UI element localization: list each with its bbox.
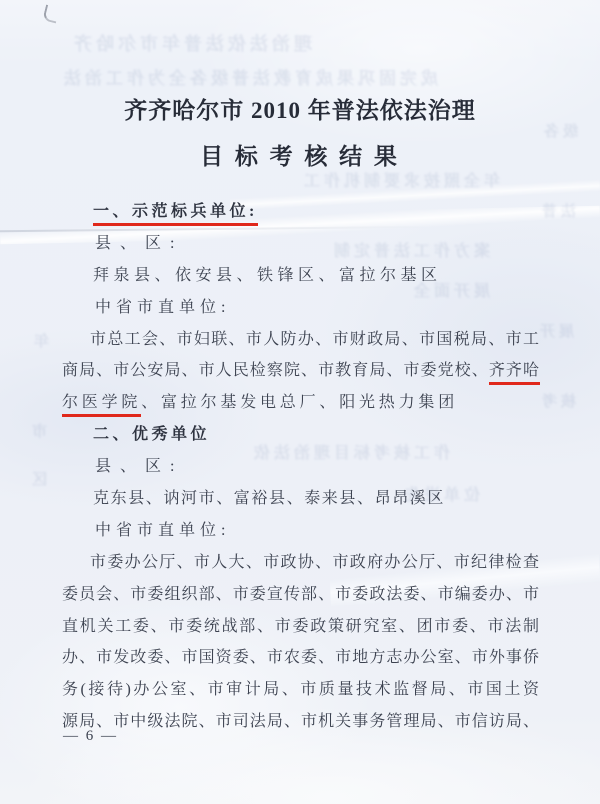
bleedthrough-text: 法普 [538,200,576,221]
body-text: 克东县、讷河市、富裕县、泰来县、昂昂溪区 [93,490,445,507]
scanned-document-page: 理治法依法普年市尔哈齐成完固巩果成育教法普级各全为作工治法年全照按求要制机作工案… [0,0,600,804]
body-line: 克东县、讷河市、富裕县、泰来县、昂昂溪区 [62,483,540,515]
body-line: 中省市直单位: [62,292,540,324]
body-text: 直机关工委、市委统战部、市委政策研究室、团市委、市法制 [62,618,540,635]
body-text: 市总工会、市妇联、市人防办、市财政局、市国税局、市工 [90,331,540,348]
bleedthrough-text: 展开 [536,320,574,341]
body-line: 办、市发改委、市国资委、市农委、市地方志办公室、市外事侨 [62,642,540,674]
body-text: 办、市发改委、市国资委、市农委、市地方志办公室、市外事侨 [62,649,540,666]
body-line: 市总工会、市妇联、市人防办、市财政局、市国税局、市工 [62,324,540,356]
red-underlined-text: 一、示范标兵单位: [93,203,258,226]
body-text: 县、区: [95,458,183,475]
body-line: 县、区: [62,451,540,483]
body-line: 源局、市中级法院、市司法局、市机关事务管理局、市信访局、 [62,706,540,738]
document-body: 一、示范标兵单位:县、区:拜泉县、依安县、铁锋区、富拉尔基区中省市直单位:市总工… [62,196,540,738]
body-line: 一、示范标兵单位: [62,196,540,228]
body-line: 中省市直单位: [62,515,540,547]
body-text: 县、区: [95,235,183,252]
red-underlined-text: 齐齐哈 [489,362,540,385]
body-text: 务(接待)办公室、市审计局、市质量技术监督局、市国土资 [62,681,540,698]
body-text: 拜泉县、依安县、铁锋区、富拉尔基区 [93,267,442,284]
body-text: 中省市直单位: [95,299,230,316]
body-text: 商局、市公安局、市人民检察院、市教育局、市委党校、 [62,362,489,379]
body-line: 务(接待)办公室、市审计局、市质量技术监督局、市国土资 [62,674,540,706]
scan-corner-pen-mark [42,5,59,24]
body-line: 拜泉县、依安县、铁锋区、富拉尔基区 [62,260,540,292]
body-text: 、富拉尔基发电总厂、阳光热力集团 [141,394,458,411]
body-text: 市委办公厅、市人大、市政协、市政府办公厅、市纪律检查 [90,554,540,571]
body-text: 源局、市中级法院、市司法局、市机关事务管理局、市信访局、 [62,713,540,730]
body-line: 直机关工委、市委统战部、市委政策研究室、团市委、市法制 [62,611,540,643]
body-line: 委员会、市委组织部、市委宣传部、市委政法委、市编委办、市 [62,579,540,611]
body-line: 市委办公厅、市人大、市政协、市政府办公厅、市纪律检查 [62,547,540,579]
bleedthrough-text: 年 [30,330,49,351]
document-title-line2: 目 标 考 核 结 果 [0,138,600,171]
body-line: 商局、市公安局、市人民检察院、市教育局、市委党校、齐齐哈 [62,355,540,387]
bleedthrough-text: 区 [28,468,47,489]
page-number: — 6 — [63,728,118,745]
bleedthrough-text: 市 [28,420,47,441]
body-text: 委员会、市委组织部、市委宣传部、市委政法委、市编委办、市 [62,586,540,603]
bleedthrough-text: 核考 [538,390,576,411]
bleedthrough-text: 年全照按求要制机作工 [300,168,500,191]
bleedthrough-text: 理治法依法普年市尔哈齐 [70,30,312,56]
body-line: 县、区: [62,228,540,260]
document-title-line1: 齐齐哈尔市 2010 年普法依法治理 [0,92,600,125]
red-underlined-text: 尔医学院 [62,394,141,417]
body-text: 中省市直单位: [95,522,230,539]
body-line: 尔医学院、富拉尔基发电总厂、阳光热力集团 [62,387,540,419]
body-text: 二、优秀单位 [93,426,210,443]
bleedthrough-text: 成完固巩果成育教法普级各全为作工治法 [60,64,438,89]
body-line: 二、优秀单位 [62,419,540,451]
